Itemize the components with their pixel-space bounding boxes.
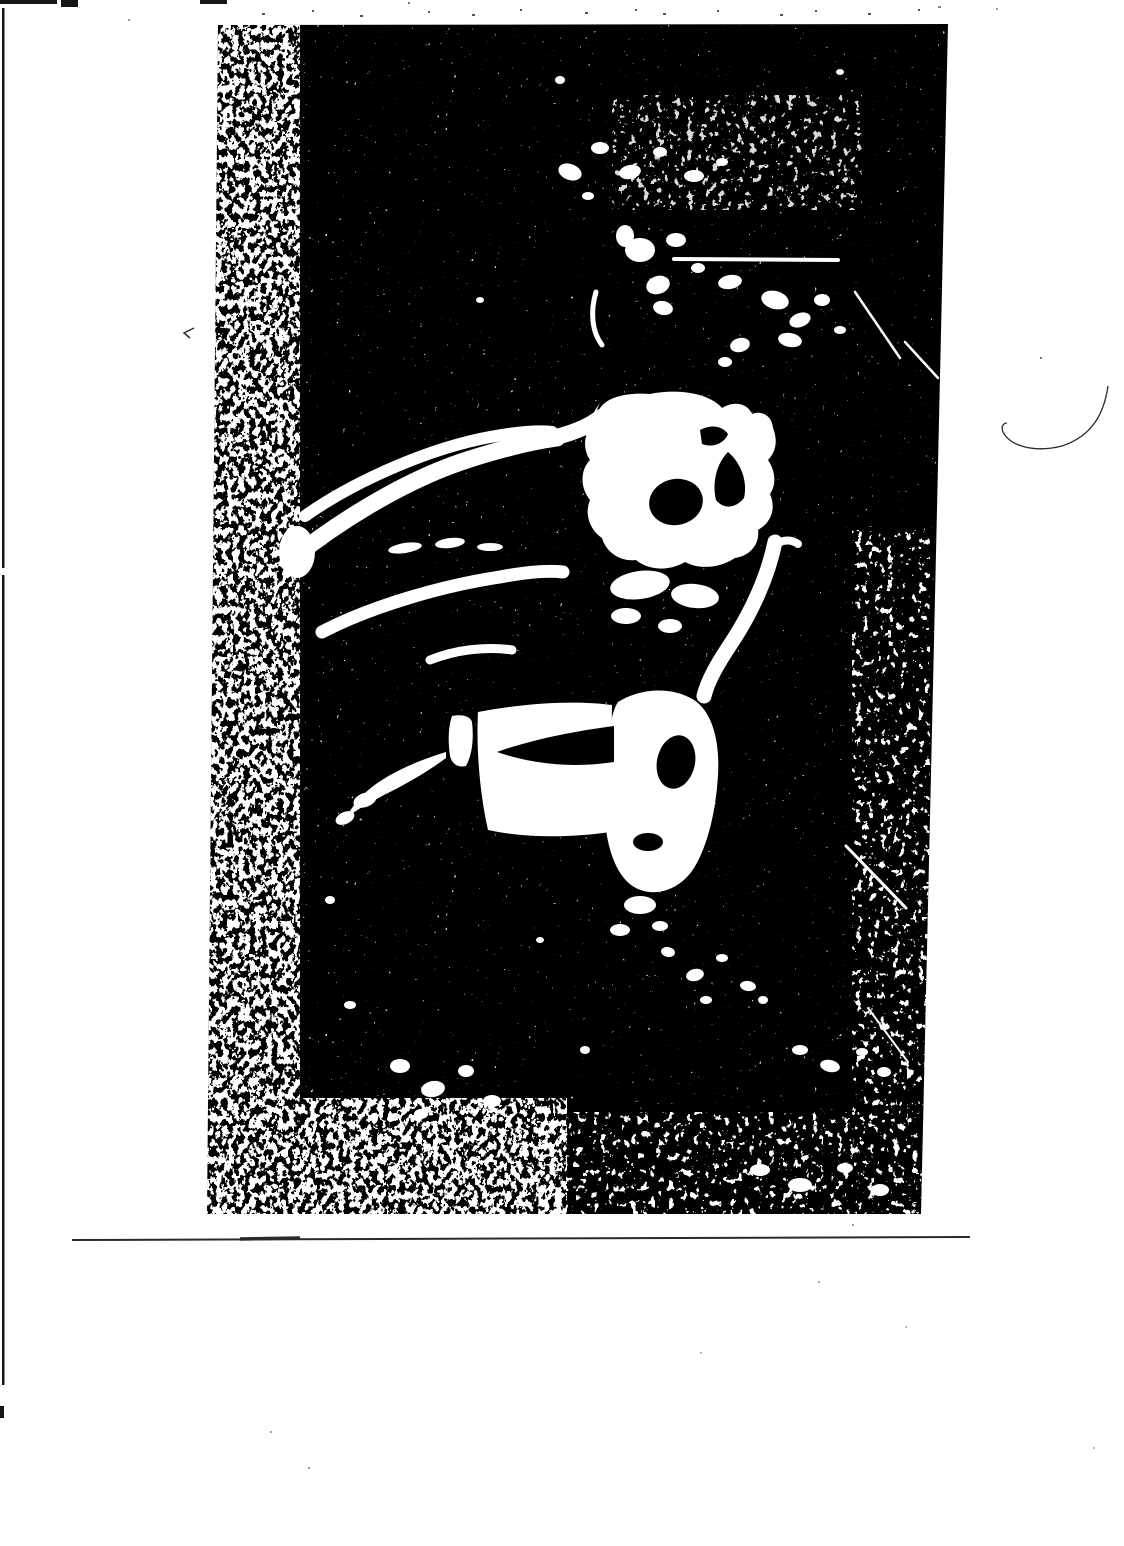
dust-specks	[128, 2, 998, 21]
photo-texture	[205, 25, 948, 1220]
scanned-page	[0, 0, 1124, 1546]
hairline-scratch	[1002, 386, 1108, 449]
scan-canvas	[0, 0, 1124, 1546]
photo-plate	[205, 24, 948, 1220]
corner-bar	[0, 0, 57, 4]
rule-line	[72, 1237, 970, 1240]
left-edge-line	[2, 8, 5, 568]
pen-tick	[184, 328, 194, 338]
